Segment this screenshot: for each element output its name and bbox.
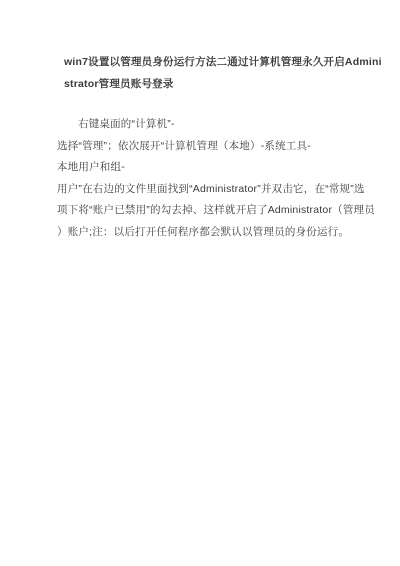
body-line-6: ）账户;注：以后打开任何程序都会默认以管理员的身份运行。 (57, 222, 400, 244)
body-line-3: 本地用户和组- (57, 157, 400, 179)
title-line-2: strator管理员账号登录 (64, 74, 400, 96)
title-line-1: win7设置以管理员身份运行方法二通过计算机管理永久开启Admini (64, 52, 400, 74)
document-page: win7设置以管理员身份运行方法二通过计算机管理永久开启Admini strat… (0, 0, 400, 566)
body-line-1: 右键桌面的“计算机”- (57, 114, 400, 136)
document-title: win7设置以管理员身份运行方法二通过计算机管理永久开启Admini strat… (64, 52, 400, 95)
document-body: 右键桌面的“计算机”- 选择“管理”；依次展开“计算机管理（本地）-系统工具- … (57, 114, 400, 243)
body-line-4: 用户”在右边的文件里面找到“Administrator”并双击它，在“常规”选 (57, 179, 400, 201)
body-line-2: 选择“管理”；依次展开“计算机管理（本地）-系统工具- (57, 136, 400, 158)
body-line-5: 项下将“账户已禁用”的勾去掉、这样就开启了Administrator（管理员 (57, 200, 400, 222)
